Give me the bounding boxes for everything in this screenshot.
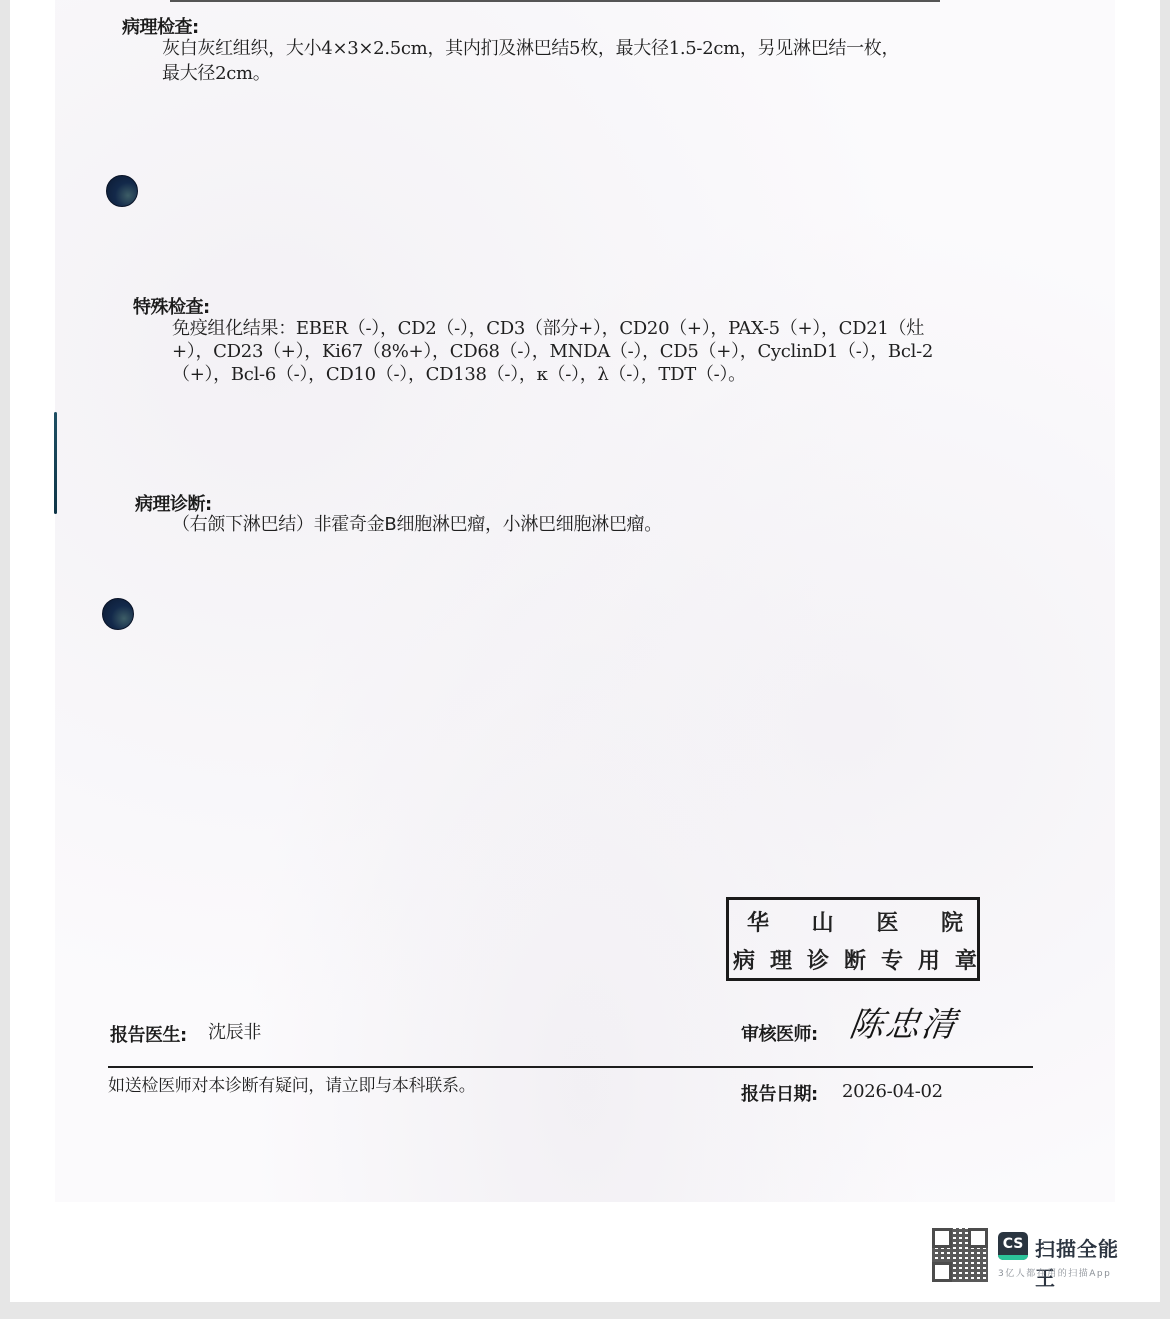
gross-exam-line-1: 灰白灰红组织，大小4×3×2.5cm，其内扪及淋巴结5枚，最大径1.5-2cm，…: [162, 37, 899, 60]
reporting-doctor-label: 报告医生:: [110, 1021, 187, 1047]
gross-exam-heading: 病理检查:: [122, 13, 199, 39]
punch-hole-icon: [106, 175, 138, 207]
stamp-hospital-name: 华 山 医 院: [729, 906, 977, 937]
ihc-line-3: （+），Bcl-6（-），CD10（-），CD138（-），κ（-），λ（-），…: [172, 363, 746, 386]
reviewing-doctor-label: 审核医师:: [741, 1020, 818, 1046]
reviewing-doctor-signature: 陈忠清: [847, 997, 962, 1046]
top-border-line: [170, 0, 940, 2]
scanner-watermark: CS 扫描全能王 3亿人都在用的扫描App: [932, 1228, 1132, 1284]
stamp-purpose: 病 理 诊 断 专 用 章: [729, 944, 977, 975]
hospital-stamp: 华 山 医 院 病 理 诊 断 专 用 章: [726, 897, 980, 981]
ihc-line-2: +），CD23（+），Ki67（8%+），CD68（-），MNDA（-），CD5…: [172, 340, 933, 363]
special-exam-heading: 特殊检查:: [133, 293, 210, 319]
reporting-doctor-name: 沈辰非: [208, 1021, 261, 1044]
document-page: [10, 0, 1160, 1302]
report-date: 2026-04-02: [842, 1080, 943, 1103]
gross-exam-line-2: 最大径2cm。: [162, 62, 271, 85]
camscanner-logo-icon: CS: [998, 1232, 1028, 1260]
page-edge-mark: [54, 412, 57, 514]
punch-hole-icon: [102, 598, 134, 630]
app-tagline: 3亿人都在用的扫描App: [998, 1266, 1111, 1279]
qr-code-icon: [932, 1228, 988, 1282]
diagnosis-text: （右颌下淋巴结）非霍奇金B细胞淋巴瘤，小淋巴细胞淋巴瘤。: [172, 513, 662, 536]
report-date-label: 报告日期:: [741, 1080, 818, 1106]
footer-notice: 如送检医师对本诊断有疑问，请立即与本科联系。: [108, 1075, 475, 1098]
ihc-line-1: 免疫组化结果：EBER（-），CD2（-），CD3（部分+），CD20（+），P…: [172, 317, 924, 340]
app-name: 扫描全能王: [1035, 1233, 1132, 1291]
footer-divider: [108, 1066, 1033, 1068]
